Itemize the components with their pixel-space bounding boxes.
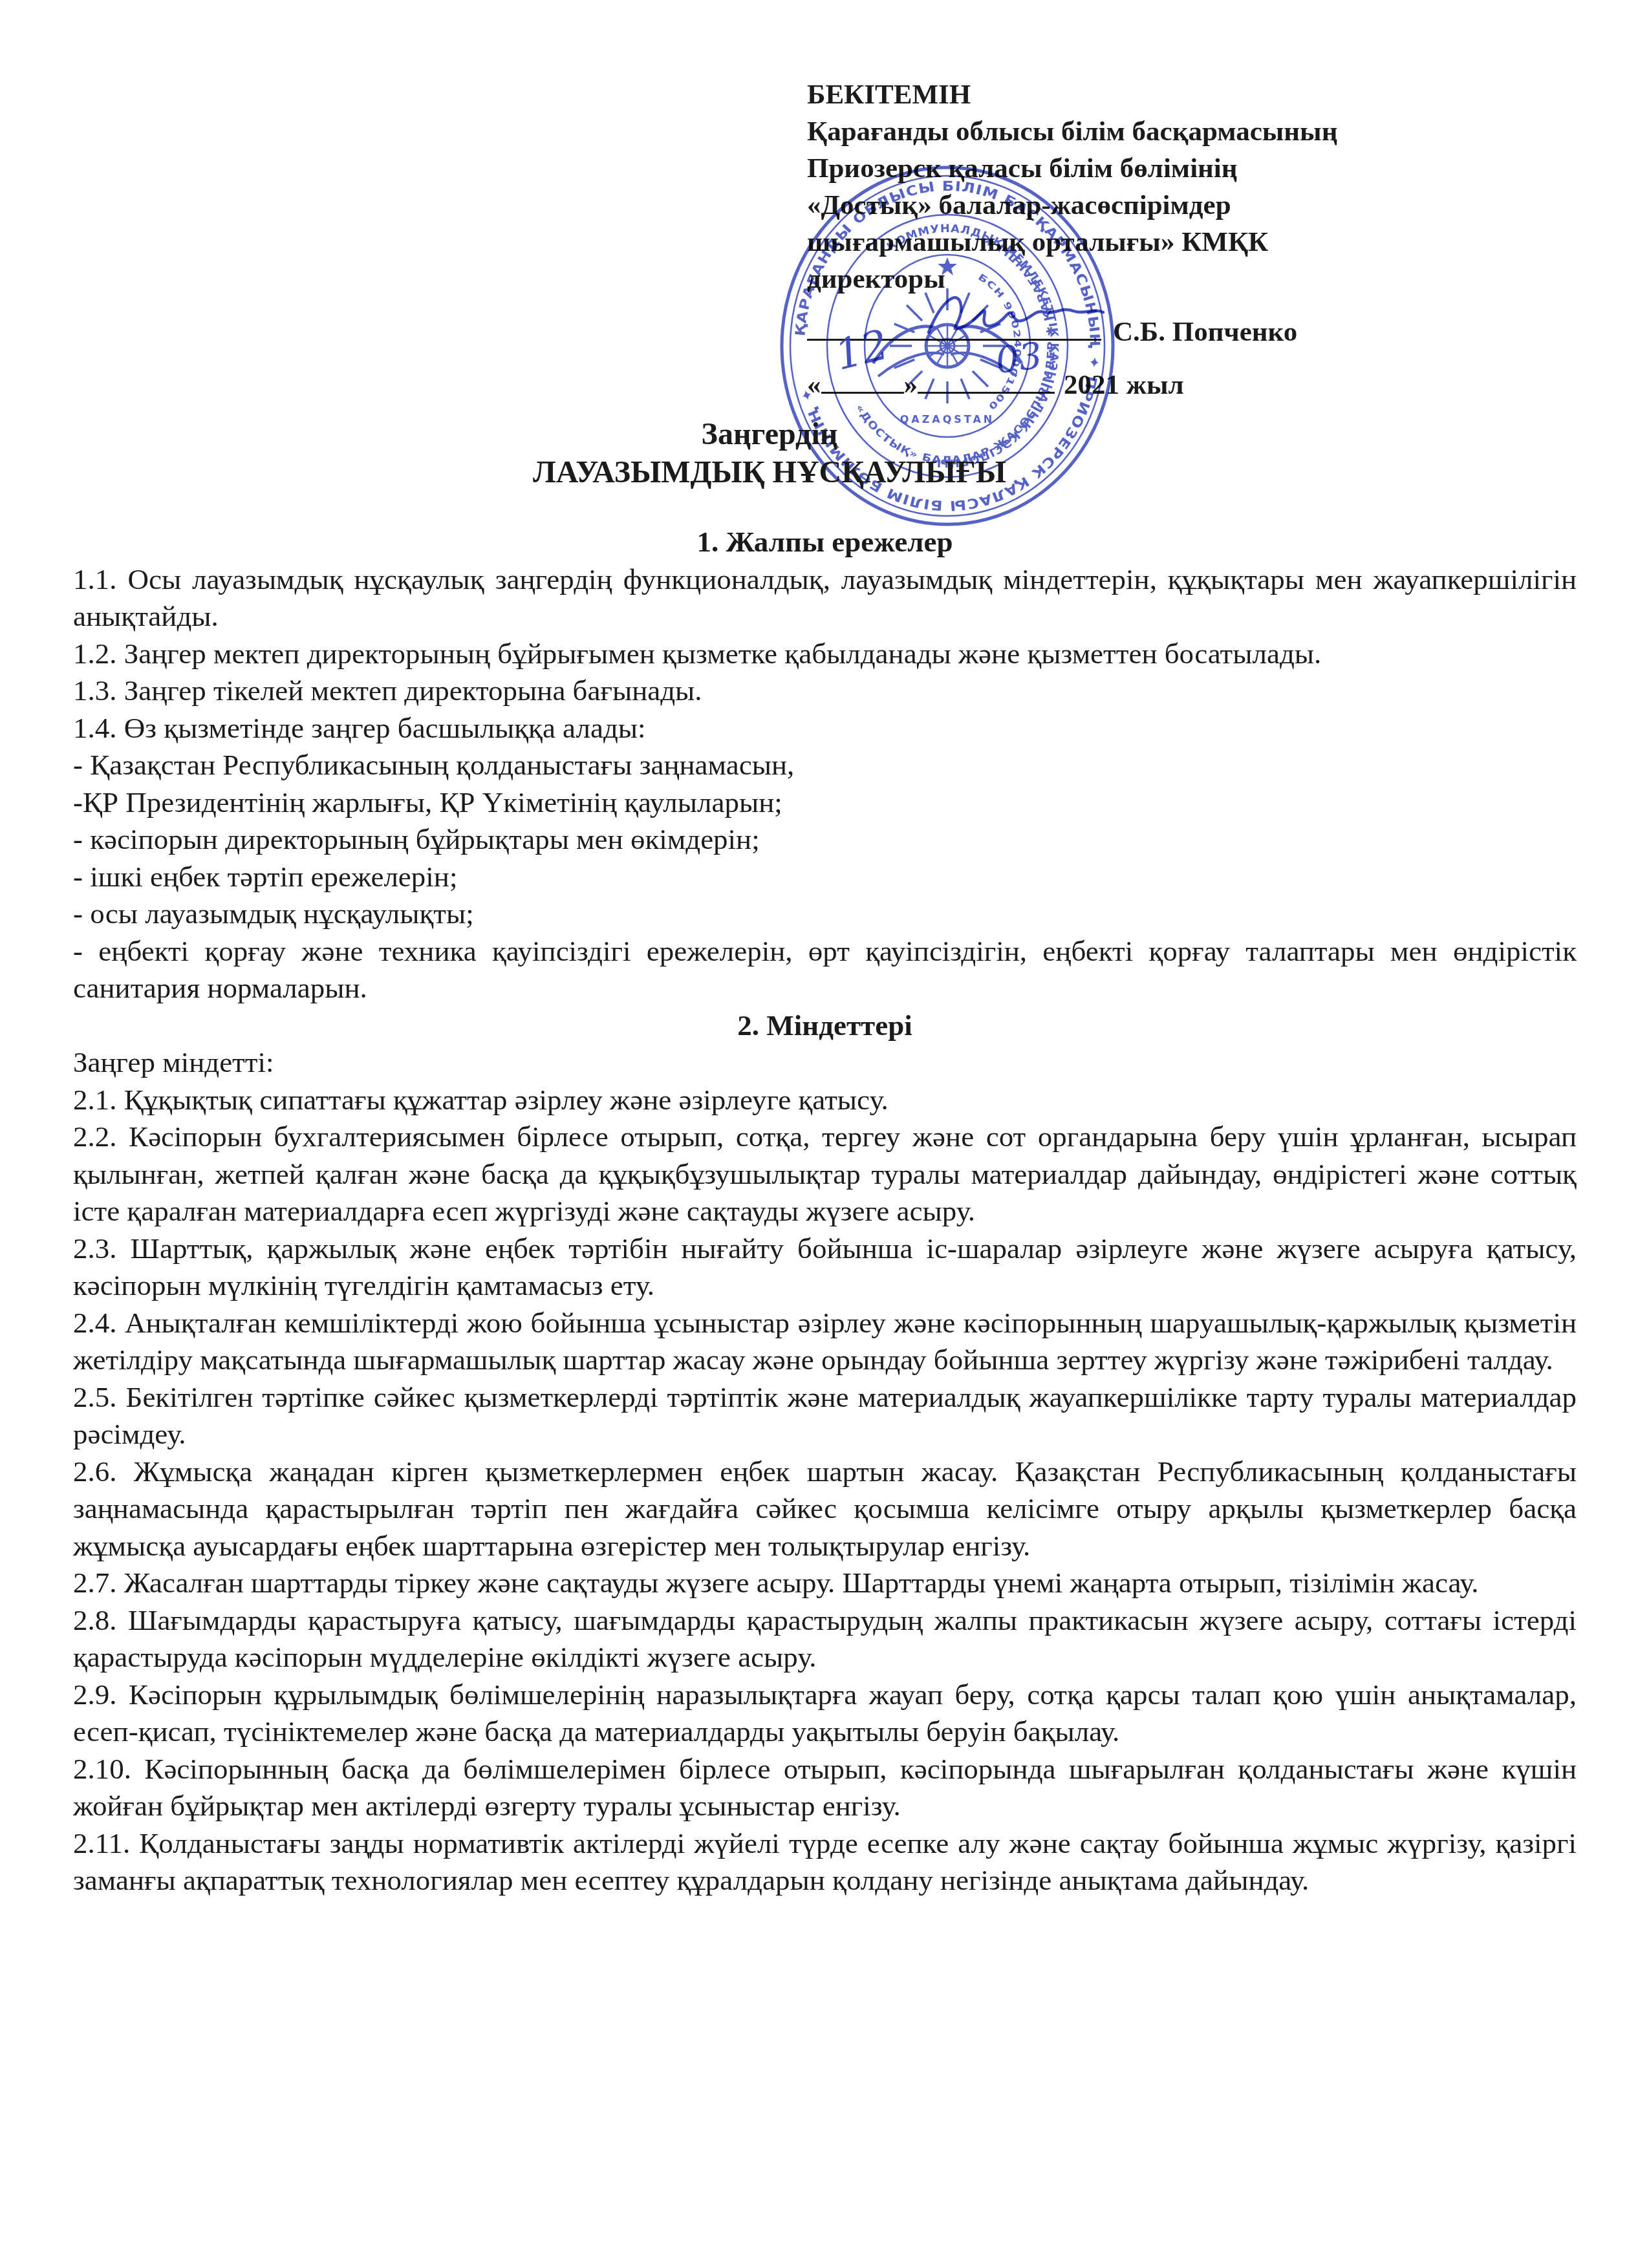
list-item: - кәсіпорын директорының бұйрықтары мен … [73, 821, 1577, 859]
paragraph: 2.5. Бекітілген тәртіпке сәйкес қызметке… [73, 1379, 1577, 1453]
list-item: - еңбекті қорғау және техника қауіпсізді… [73, 933, 1577, 1007]
paragraph: 2.1. Құқықтық сипаттағы құжаттар әзірлеу… [73, 1082, 1577, 1119]
paragraph: 2.4. Анықталған кемшіліктерді жою бойынш… [73, 1305, 1577, 1379]
paragraph: 2.10. Кәсіпорынның басқа да бөлімшелерім… [73, 1751, 1577, 1825]
list-item: -ҚР Президентінің жарлығы, ҚР Үкіметінің… [73, 784, 1577, 822]
paragraph: 1.1. Осы лауазымдық нұсқаулық заңгердің … [73, 561, 1577, 636]
section-1-heading: 1. Жалпы ережелер [73, 524, 1577, 561]
paragraph: 2.2. Кәсіпорын бухгалтериясымен бірлесе … [73, 1118, 1577, 1230]
paragraph: 1.2. Заңгер мектеп директорының бұйрығым… [73, 636, 1577, 673]
emblem-star-icon [938, 257, 957, 275]
list-item: - осы лауазымдық нұсқаулықты; [73, 895, 1577, 933]
paragraph: 1.3. Заңгер тікелей мектеп директорына б… [73, 672, 1577, 710]
document-page: БЕКІТЕМІН Қарағанды облысы білім басқарм… [0, 0, 1649, 2268]
paragraph: 1.4. Өз қызметінде заңгер басшылыққа ала… [73, 710, 1577, 747]
handwritten-signature [923, 283, 1117, 354]
document-title: Заңгердің ЛАУАЗЫМДЫҚ НҰСҚАУЛЫҒЫ [0, 415, 1539, 491]
approval-title: БЕКІТЕМІН [807, 76, 1570, 113]
list-item: - ішкі еңбек тәртіп ережелерін; [73, 859, 1577, 896]
section-2-heading: 2. Міндеттері [73, 1007, 1577, 1045]
list-item: - Қазақстан Республикасының қолданыстағы… [73, 747, 1577, 784]
paragraph: 2.9. Кәсіпорын құрылымдық бөлімшелерінің… [73, 1676, 1577, 1751]
paragraph: 2.7. Жасалған шарттарды тіркеу және сақт… [73, 1565, 1577, 1602]
paragraph: 2.8. Шағымдарды қарастыруға қатысу, шағы… [73, 1602, 1577, 1676]
title-subject: Заңгердің [0, 415, 1539, 453]
paragraph: 2.6. Жұмысқа жаңадан кірген қызметкерлер… [73, 1453, 1577, 1565]
signatory-name: С.Б. Попченко [1113, 317, 1297, 347]
paragraph: 2.11. Қолданыстағы заңды нормативтік акт… [73, 1825, 1577, 1899]
title-main: ЛАУАЗЫМДЫҚ НҰСҚАУЛЫҒЫ [0, 453, 1539, 491]
document-body: 1. Жалпы ережелер 1.1. Осы лауазымдық нұ… [73, 524, 1577, 1899]
paragraph: 2.3. Шарттық, қаржылық және еңбек тәртіб… [73, 1230, 1577, 1305]
paragraph: Заңгер міндетті: [73, 1044, 1577, 1082]
approval-org-line: Қарағанды облысы білім басқармасының [807, 113, 1570, 150]
